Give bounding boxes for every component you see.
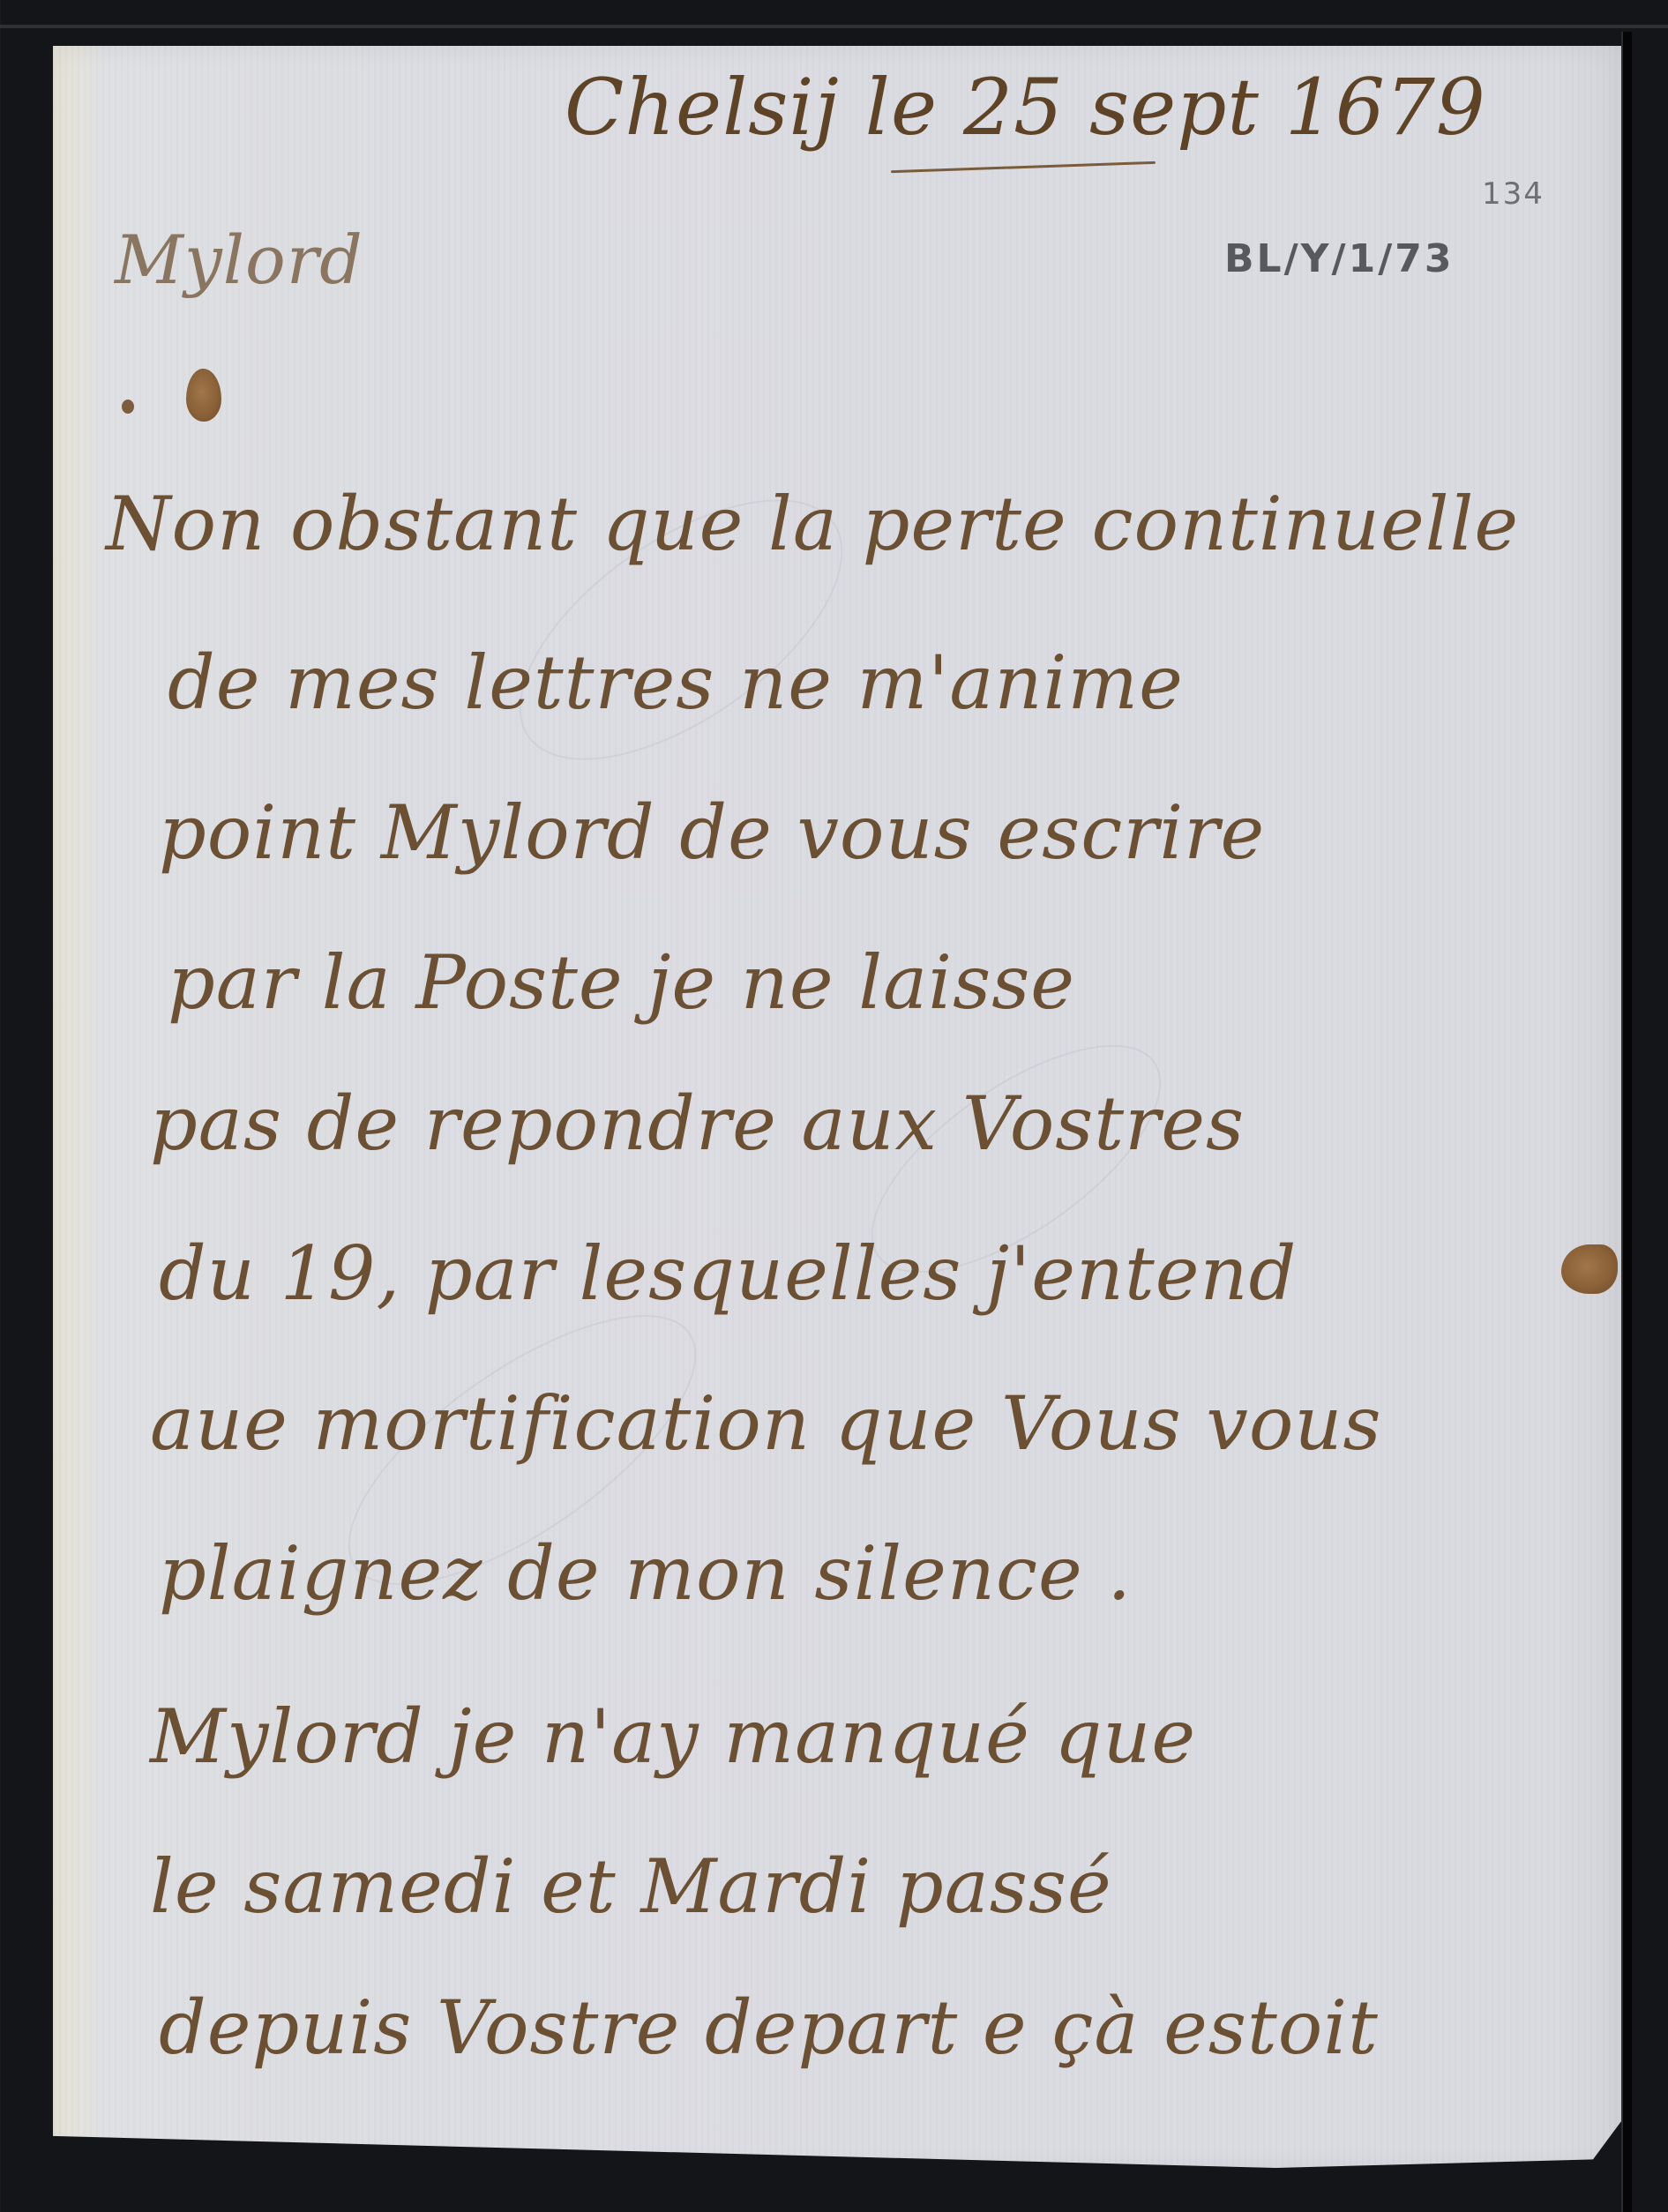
letter-line: point Mylord de vous escrire	[159, 789, 1265, 876]
letter-line: plaignez de mon silence .	[159, 1530, 1132, 1617]
letter-salutation: Mylord	[115, 220, 363, 299]
letter-line: du 19, par lesquelles j'entend	[159, 1230, 1297, 1317]
folio-number: 134	[1482, 176, 1545, 212]
letter-line: par la Poste je ne laisse	[168, 939, 1075, 1026]
letter-line: depuis Vostre depart e çà estoit	[159, 1984, 1379, 2071]
archive-shelfmark: BL/Y/1/73	[1224, 236, 1455, 281]
ink-blot	[1561, 1244, 1618, 1294]
letter-line: aue mortification que Vous vous	[150, 1380, 1382, 1467]
letter-line: Non obstant que la perte continuelle	[106, 481, 1519, 567]
mount-frame-strip	[1621, 32, 1632, 2212]
letter-line: Mylord je n'ay manqué que	[150, 1693, 1196, 1780]
letter-line: le samedi et Mardi passé	[150, 1843, 1112, 1930]
ink-dot	[122, 400, 134, 414]
letter-line: de mes lettres ne m'anime	[168, 639, 1184, 726]
mount-edge	[0, 25, 1668, 28]
letter-line: pas de repondre aux Vostres	[150, 1080, 1245, 1167]
letter-dateline: Chelsij le 25 sept 1679	[565, 62, 1486, 153]
